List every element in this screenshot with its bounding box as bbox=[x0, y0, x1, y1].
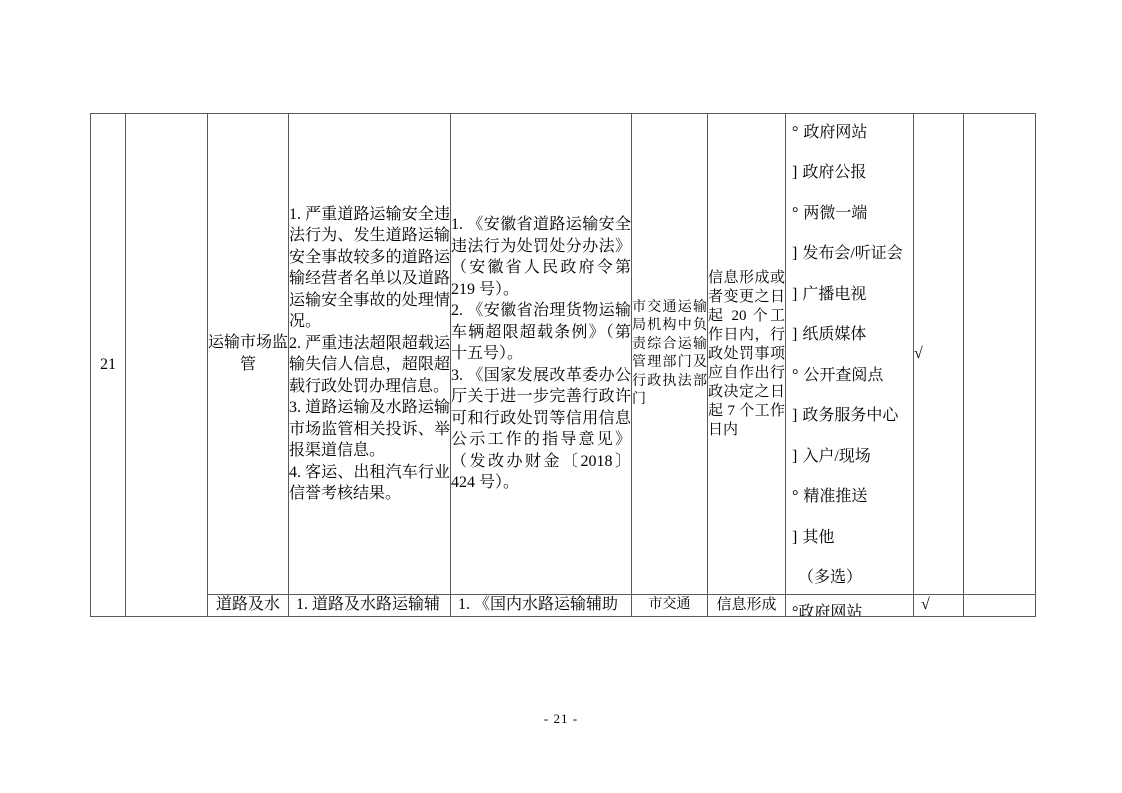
check-mark: √ bbox=[914, 595, 963, 616]
department-text: 市交通运输局机构中负责综合运输管理部门及行政执法部门 bbox=[632, 300, 707, 408]
check-mark: √ bbox=[914, 345, 923, 362]
channel-item: °两微一端 bbox=[792, 205, 911, 223]
disclosure-items-table: 21 运输市场监管 1. 严重道路运输安全违法行为、发生道路运输安全事故较多的道… bbox=[90, 113, 1036, 617]
channel-list: °政府网站 ]政府公报 °两微一端 ]发布会/听证会 ]广播电视 ]纸质媒体 °… bbox=[786, 115, 913, 594]
page-number-footer: - 21 - bbox=[0, 711, 1122, 727]
content-item: 2. 严重违法超限超载运输失信人信息，超限超载行政处罚办理信息。 bbox=[289, 333, 450, 398]
channel-option-mark: ° bbox=[792, 205, 798, 223]
disclosure-content-cell: 1. 道路及水路运输辅 bbox=[289, 595, 451, 617]
basis-item: 3. 《国家发展改革委办公厅关于进一步完善行政许可和行政处罚等信用信息公示工作的… bbox=[451, 365, 631, 494]
channel-item: ]发布会/听证会 bbox=[792, 245, 911, 263]
category-cell: 道路及水 bbox=[208, 595, 289, 617]
channel-option-mark: ° bbox=[792, 124, 798, 142]
channel-option-mark: ] bbox=[792, 286, 797, 304]
basis-item: 1. 《安徽省道路运输安全违法行为处罚处分办法》（安徽省人民政府令第 219 号… bbox=[451, 214, 631, 300]
channel-label: 两微一端 bbox=[803, 205, 867, 222]
serial-number: 21 bbox=[100, 356, 116, 373]
channel-label: 广播电视 bbox=[802, 286, 866, 303]
channel-label: 公开查阅点 bbox=[803, 367, 883, 384]
channel-item: ]广播电视 bbox=[792, 286, 911, 304]
legal-basis-cell: 1. 《安徽省道路运输安全违法行为处罚处分办法》（安徽省人民政府令第 219 号… bbox=[451, 114, 632, 595]
channel-option-mark: ° bbox=[792, 488, 798, 506]
channel-item: °公开查阅点 bbox=[792, 367, 911, 385]
is-public-cell: √ bbox=[914, 595, 964, 617]
disclosure-content-cell: 1. 严重道路运输安全违法行为、发生道路运输安全事故较多的道路运输经营者名单以及… bbox=[289, 114, 451, 595]
channel-item: °政府网站 bbox=[792, 124, 911, 142]
channel-option-mark: ] bbox=[792, 326, 797, 344]
channel-label: 精准推送 bbox=[803, 488, 867, 505]
channel-option-mark: ° bbox=[792, 367, 798, 385]
channels-multi-select-note: （多选） bbox=[792, 569, 911, 587]
basis-item: 2. 《安徽省治理货物运输车辆超限超载条例》（第十五号）。 bbox=[451, 300, 631, 365]
table-row: 道路及水 1. 道路及水路运输辅 1. 《国内水路运输辅助 市交通 信息形成 °… bbox=[91, 595, 1036, 617]
channel-option-mark: ] bbox=[792, 245, 797, 263]
channel-item: °政府网站 bbox=[786, 595, 913, 616]
channel-item: °精准推送 bbox=[792, 488, 911, 506]
table-row: 21 运输市场监管 1. 严重道路运输安全违法行为、发生道路运输安全事故较多的道… bbox=[91, 114, 1036, 595]
channel-label: 纸质媒体 bbox=[802, 326, 866, 343]
channel-label: 其他 bbox=[802, 529, 834, 546]
remark-cell bbox=[964, 595, 1036, 617]
channel-label: 发布会/听证会 bbox=[802, 245, 902, 262]
channel-option-mark: ] bbox=[792, 164, 797, 182]
document-page: 21 运输市场监管 1. 严重道路运输安全违法行为、发生道路运输安全事故较多的道… bbox=[0, 0, 1122, 793]
channel-option-mark: ] bbox=[792, 407, 797, 425]
channel-label: 政务服务中心 bbox=[802, 407, 898, 424]
responsible-department-cell: 市交通 bbox=[632, 595, 708, 617]
channel-item: ]入户/现场 bbox=[792, 448, 911, 466]
legal-basis-cell: 1. 《国内水路运输辅助 bbox=[451, 595, 632, 617]
channel-item: ]政务服务中心 bbox=[792, 407, 911, 425]
channel-option-mark: ] bbox=[792, 448, 797, 466]
responsible-department-cell: 市交通运输局机构中负责综合运输管理部门及行政执法部门 bbox=[632, 114, 708, 595]
channel-label: 政府网站 bbox=[803, 124, 867, 141]
department-text: 市交通 bbox=[632, 595, 707, 616]
basis-item: 1. 《国内水路运输辅助 bbox=[451, 595, 631, 616]
remark-cell bbox=[964, 114, 1036, 595]
serial-number-cell: 21 bbox=[91, 114, 126, 617]
channel-option-mark: ] bbox=[792, 529, 797, 547]
parent-category-cell bbox=[126, 114, 208, 617]
channel-label: 入户/现场 bbox=[802, 448, 870, 465]
channel-clipped-line: °政府网站 bbox=[792, 603, 913, 616]
channel-item: ]其他 bbox=[792, 529, 911, 547]
content-item: 1. 严重道路运输安全违法行为、发生道路运输安全事故较多的道路运输经营者名单以及… bbox=[289, 204, 450, 333]
category-cell: 运输市场监管 bbox=[208, 114, 289, 595]
category-label: 道路及水 bbox=[208, 595, 288, 616]
channel-item: ]政府公报 bbox=[792, 164, 911, 182]
category-label: 运输市场监管 bbox=[208, 334, 288, 373]
content-item: 4. 客运、出租汽车行业信誉考核结果。 bbox=[289, 462, 450, 505]
is-public-cell: √ bbox=[914, 114, 964, 595]
content-item: 3. 道路运输及水路运输市场监管相关投诉、举报渠道信息。 bbox=[289, 397, 450, 462]
time-limit-text: 信息形成或者变更之日起 20 个工作日内，行政处罚事项应自作出行政决定之日起 7… bbox=[708, 270, 785, 438]
channels-cell: °政府网站 ]政府公报 °两微一端 ]发布会/听证会 ]广播电视 ]纸质媒体 °… bbox=[786, 114, 914, 595]
remark-text bbox=[964, 595, 1035, 616]
channel-label: 政府网站 bbox=[798, 604, 862, 616]
channel-item: ]纸质媒体 bbox=[792, 326, 911, 344]
content-item: 1. 道路及水路运输辅 bbox=[289, 595, 450, 616]
time-limit-cell: 信息形成或者变更之日起 20 个工作日内，行政处罚事项应自作出行政决定之日起 7… bbox=[708, 114, 786, 595]
channel-label: 政府公报 bbox=[802, 164, 866, 181]
time-limit-text: 信息形成 bbox=[708, 595, 785, 616]
time-limit-cell: 信息形成 bbox=[708, 595, 786, 617]
channels-cell: °政府网站 bbox=[786, 595, 914, 617]
